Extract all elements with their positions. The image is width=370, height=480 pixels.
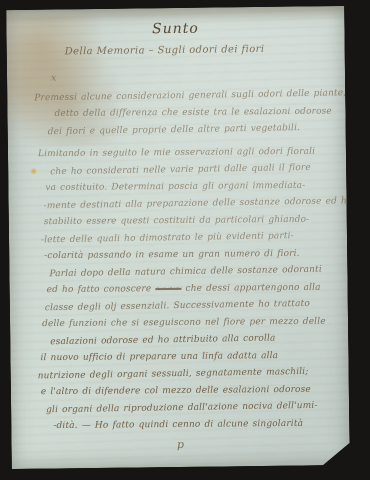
line-text: ed ho fatto conoscere — [47, 284, 156, 295]
line-text: che dessi appartengono alla — [181, 283, 320, 294]
manuscript-line: -dità. — Ho fatto quindi cenno di alcune… — [53, 415, 345, 435]
manuscript-page: Sunto Della Memoria – Sugli odori dei fi… — [6, 6, 350, 469]
manuscript-line: dei fiori e quelle proprie delle altre p… — [48, 119, 342, 141]
catchword-mark: p — [177, 438, 184, 451]
manuscript-scan: Sunto Della Memoria – Sugli odori dei fi… — [0, 0, 370, 480]
margin-pen-mark: x — [51, 73, 56, 83]
manuscript-body: Premessi alcune considerazioni generali … — [29, 86, 345, 436]
strikethrough-word: ~~~~ — [155, 284, 181, 294]
